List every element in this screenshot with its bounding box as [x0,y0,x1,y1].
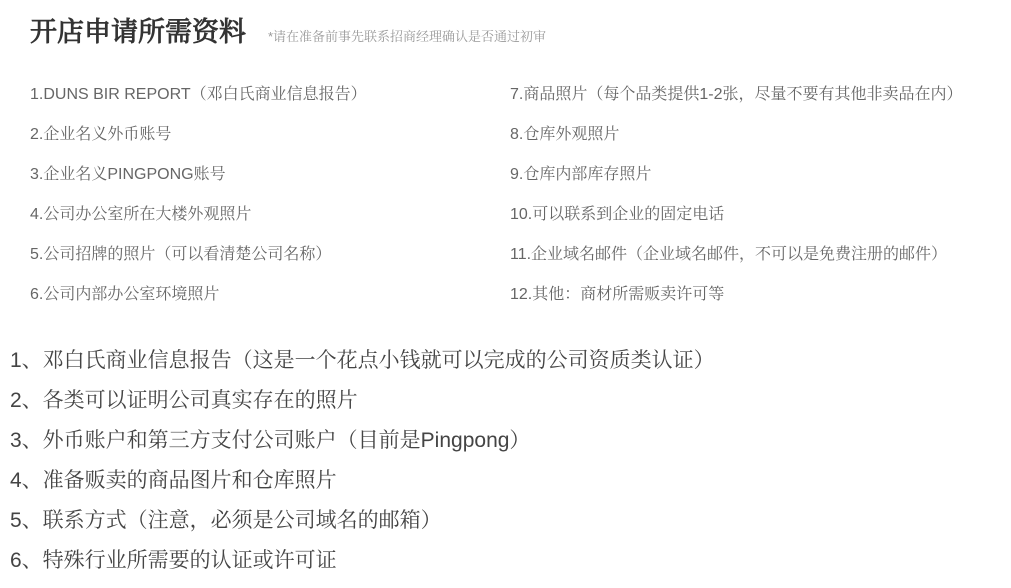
requirement-item: 9.仓库内部库存照片 [510,155,1011,195]
requirement-item: 1.DUNS BIR REPORT（邓白氏商业信息报告） [30,75,510,115]
summary-item: 4、准备贩卖的商品图片和仓库照片 [10,461,1011,501]
store-application-requirements-page: 开店申请所需资料 *请在准备前事先联系招商经理确认是否通过初审 1.DUNS B… [0,0,1011,588]
summary-item: 3、外币账户和第三方支付公司账户（目前是Pingpong） [10,421,1011,461]
page-title: 开店申请所需资料 [30,14,246,50]
header-note: *请在准备前事先联系招商经理确认是否通过初审 [268,26,546,45]
requirement-item: 3.企业名义PINGPONG账号 [30,155,510,195]
requirement-item: 10.可以联系到企业的固定电话 [510,195,1011,235]
requirement-item: 7.商品照片（每个品类提供1-2张，尽量不要有其他非卖品在内） [510,75,1011,115]
requirement-item: 12.其他：商材所需贩卖许可等 [510,275,1011,315]
header: 开店申请所需资料 *请在准备前事先联系招商经理确认是否通过初审 [0,0,1011,50]
summary-list: 1、邓白氏商业信息报告（这是一个花点小钱就可以完成的公司资质类认证） 2、各类可… [10,341,1011,581]
requirements-column-right: 7.商品照片（每个品类提供1-2张，尽量不要有其他非卖品在内） 8.仓库外观照片… [510,75,1011,315]
summary-item: 2、各类可以证明公司真实存在的照片 [10,381,1011,421]
requirement-item: 4.公司办公室所在大楼外观照片 [30,195,510,235]
summary-item: 5、联系方式（注意，必须是公司域名的邮箱） [10,501,1011,541]
requirements-column-left: 1.DUNS BIR REPORT（邓白氏商业信息报告） 2.企业名义外币账号 … [30,75,510,315]
summary-item: 1、邓白氏商业信息报告（这是一个花点小钱就可以完成的公司资质类认证） [10,341,1011,381]
requirement-item: 5.公司招牌的照片（可以看清楚公司名称） [30,235,510,275]
requirement-item: 6.公司内部办公室环境照片 [30,275,510,315]
summary-item: 6、特殊行业所需要的认证或许可证 [10,541,1011,581]
requirement-item: 11.企业域名邮件（企业域名邮件，不可以是免费注册的邮件） [510,235,1011,275]
requirement-item: 2.企业名义外币账号 [30,115,510,155]
requirement-item: 8.仓库外观照片 [510,115,1011,155]
requirements-list: 1.DUNS BIR REPORT（邓白氏商业信息报告） 2.企业名义外币账号 … [30,75,1011,315]
